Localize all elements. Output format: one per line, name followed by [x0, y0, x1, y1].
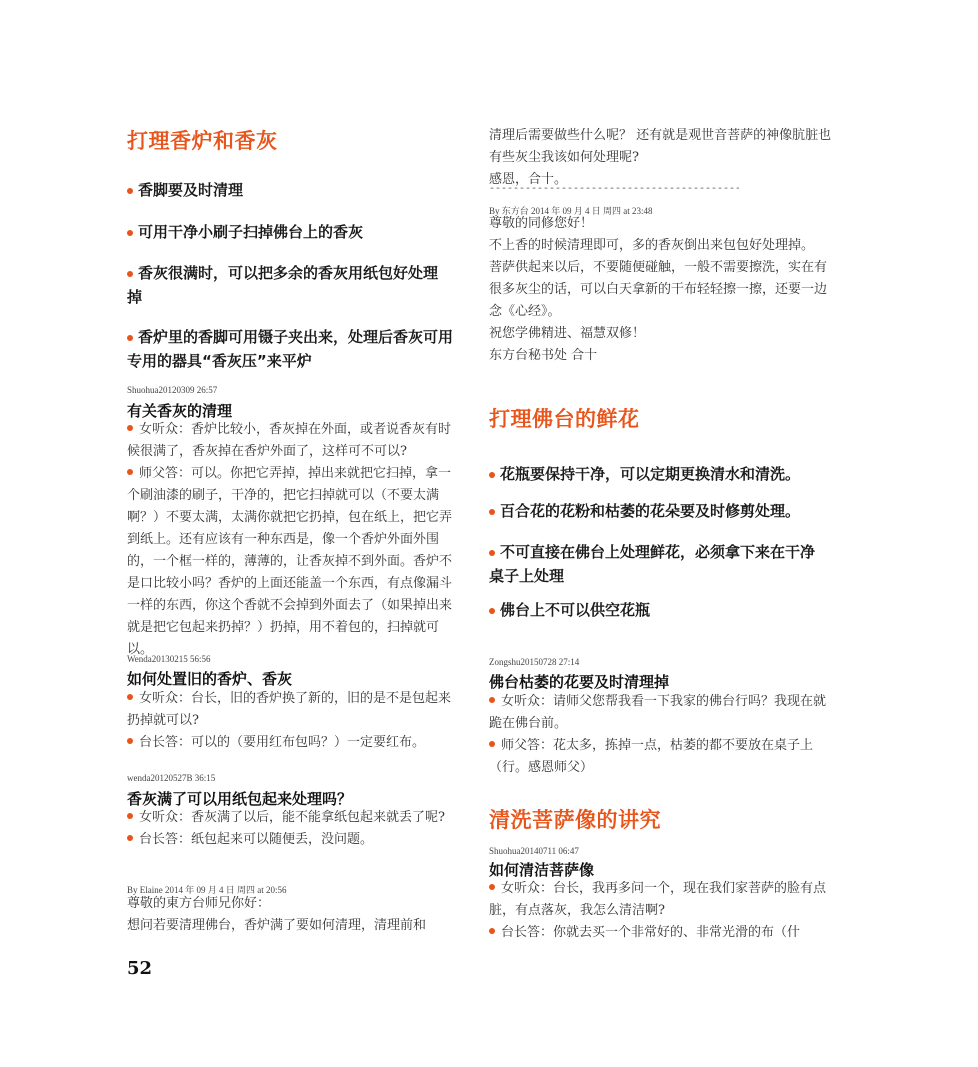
question: 女听众：香炉比较小，香灰掉在外面，或者说香灰有时候很满了，香灰掉在香炉外面了，这… [127, 419, 463, 463]
letter-body: 尊敬的東方台师兄你好： 想问若要清理佛台，香炉满了要如何清理，清理前和 [127, 893, 467, 937]
bullet-dot-icon [489, 509, 495, 515]
dashed-separator: ----------------------------------------… [489, 184, 739, 195]
key-point: 百合花的花粉和枯萎的花朵要及时修剪处理。 [489, 499, 834, 523]
question: 女听众：请师父您帮我看一下我家的佛台行吗？我现在就跪在佛台前。 [489, 691, 834, 735]
bullet-dot-icon [489, 741, 495, 747]
qa-body: 女听众：请师父您帮我看一下我家的佛台行吗？我现在就跪在佛台前。 师父答：花太多，… [489, 691, 834, 779]
answer: 师父答：花太多，拣掉一点，枯萎的都不要放在桌子上（行。感恩师父） [489, 735, 834, 779]
bullet-dot-icon [489, 928, 495, 934]
bullet-dot-icon [127, 835, 133, 841]
bullet-dot-icon [127, 813, 133, 819]
bullet-dot-icon [489, 884, 495, 890]
qa-body: 女听众：香炉比较小，香灰掉在外面，或者说香灰有时候很满了，香灰掉在香炉外面了，这… [127, 419, 463, 661]
qa-title: 香灰满了可以用纸包起来处理吗？ [127, 788, 352, 809]
bullet-dot-icon [127, 335, 133, 341]
bullet-dot-icon [127, 469, 133, 475]
key-point: 不可直接在佛台上处理鲜花，必须拿下来在干净桌子上处理 [489, 540, 825, 588]
qa-title: 佛台枯萎的花要及时清理掉 [489, 671, 669, 692]
key-point: 可用干净小刷子扫掉佛台上的香灰 [127, 220, 457, 244]
qa-source-meta: Shuohua20140711 06:47 [489, 846, 579, 856]
bullet-dot-icon [127, 425, 133, 431]
qa-source-meta: wenda20120527B 36:15 [127, 773, 215, 783]
letter-continued: 清理后需要做些什么呢？ 还有就是观世音菩萨的神像肮脏也有些灰尘我该如何处理呢? … [489, 125, 834, 191]
key-point: 香灰很满时，可以把多余的香灰用纸包好处理掉 [127, 261, 449, 309]
answer: 台长答：纸包起来可以随便丢，没问题。 [127, 829, 463, 851]
question: 女听众：台长，我再多问一个，现在我们家菩萨的脸有点脏，有点落灰，我怎么清洁啊? [489, 878, 834, 922]
answer: 师父答：可以。你把它弄掉，掉出来就把它扫掉，拿一个刷油漆的刷子，干净的，把它扫掉… [127, 463, 463, 661]
question: 女听众：香灰满了以后，能不能拿纸包起来就丢了呢? [127, 807, 463, 829]
qa-body: 女听众：台长，旧的香炉换了新的，旧的是不是包起来扔掉就可以? 台长答：可以的（要… [127, 688, 463, 754]
section-title-flowers: 打理佛台的鲜花 [489, 403, 640, 433]
section-title-bodhisattva: 清洗菩萨像的讲究 [489, 804, 661, 834]
bullet-dot-icon [489, 608, 495, 614]
qa-body: 女听众：台长，我再多问一个，现在我们家菩萨的脸有点脏，有点落灰，我怎么清洁啊? … [489, 878, 834, 944]
section-title-incense-burner: 打理香炉和香灰 [127, 125, 278, 155]
key-point: 花瓶要保持干净，可以定期更换清水和清洗。 [489, 462, 834, 486]
qa-title: 如何清洁菩萨像 [489, 859, 594, 880]
bullet-dot-icon [127, 694, 133, 700]
key-point: 佛台上不可以供空花瓶 [489, 598, 834, 622]
answer: 台长答：可以的（要用红布包吗？）一定要红布。 [127, 732, 463, 754]
bullet-dot-icon [127, 230, 133, 236]
reply-body: 尊敬的同修您好！ 不上香的时候清理即可，多的香灰倒出来包包好处理掉。 菩萨供起来… [489, 213, 834, 367]
question: 女听众：台长，旧的香炉换了新的，旧的是不是包起来扔掉就可以? [127, 688, 463, 732]
qa-source-meta: Zongshu20150728 27:14 [489, 657, 579, 667]
bullet-dot-icon [127, 738, 133, 744]
bullet-dot-icon [489, 472, 495, 478]
page-number: 52 [127, 958, 152, 979]
qa-source-meta: Wenda20130215 56:56 [127, 654, 211, 664]
qa-title: 有关香灰的清理 [127, 400, 232, 421]
bullet-dot-icon [127, 188, 133, 194]
bullet-dot-icon [489, 697, 495, 703]
qa-title: 如何处置旧的香炉、香灰 [127, 668, 292, 689]
key-point: 香脚要及时清理 [127, 178, 457, 202]
qa-body: 女听众：香灰满了以后，能不能拿纸包起来就丢了呢? 台长答：纸包起来可以随便丢，没… [127, 807, 463, 851]
bullet-dot-icon [127, 271, 133, 277]
bullet-dot-icon [489, 550, 495, 556]
answer: 台长答：你就去买一个非常好的、非常光滑的布（什 [489, 922, 834, 944]
key-point: 香炉里的香脚可用镊子夹出来，处理后香灰可用专用的器具“香灰压”来平炉 [127, 325, 463, 373]
qa-source-meta: Shuohua20120309 26:57 [127, 385, 217, 395]
